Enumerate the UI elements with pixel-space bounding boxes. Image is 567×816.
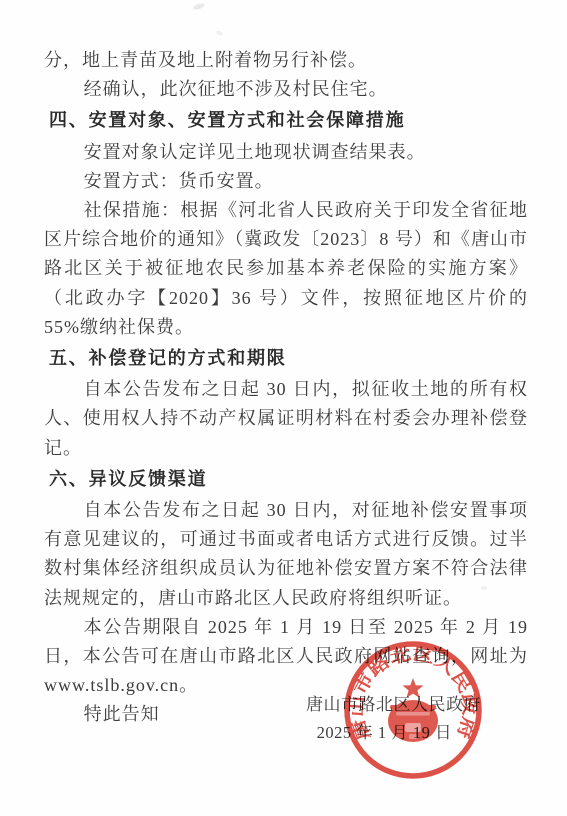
signature-organization: 唐山市路北区人民政府 [306, 690, 481, 715]
paragraph-continuation: 分，地上青苗及地上附着物另行补偿。 [44, 46, 528, 75]
paragraph: 自本公告发布之日起 30 日内，对征地补偿安置事项有意见建议的，可通过书面或者电… [44, 496, 528, 613]
section-heading-5: 五、补偿登记的方式和期限 [49, 344, 528, 373]
paragraph: 安置方式：货币安置。 [44, 167, 528, 196]
scan-smudge [215, 30, 223, 37]
paragraph: 自本公告发布之日起 30 日内，拟征收土地的所有权人、使用权人持不动产权属证明材… [44, 375, 528, 463]
announcement-page: 分，地上青苗及地上附着物另行补偿。 经确认，此次征地不涉及村民住宅。 四、安置对… [0, 0, 567, 816]
section-heading-4: 四、安置对象、安置方式和社会保障措施 [49, 106, 528, 135]
paragraph: 经确认，此次征地不涉及村民住宅。 [44, 75, 528, 104]
signature-date: 2025 年 1 月 19 日 [317, 719, 452, 743]
section-heading-6: 六、异议反馈渠道 [49, 465, 528, 494]
announcement-body: 分，地上青苗及地上附着物另行补偿。 经确认，此次征地不涉及村民住宅。 四、安置对… [44, 46, 528, 730]
scan-smudge [193, 2, 206, 10]
paragraph: 本公告期限自 2025 年 1 月 19 日至 2025 年 2 月 19 日，… [44, 613, 528, 701]
paragraph: 社保措施：根据《河北省人民政府关于印发全省征地区片综合地价的通知》（冀政发〔20… [44, 196, 528, 342]
paragraph: 安置对象认定详见土地现状调查结果表。 [44, 138, 528, 167]
